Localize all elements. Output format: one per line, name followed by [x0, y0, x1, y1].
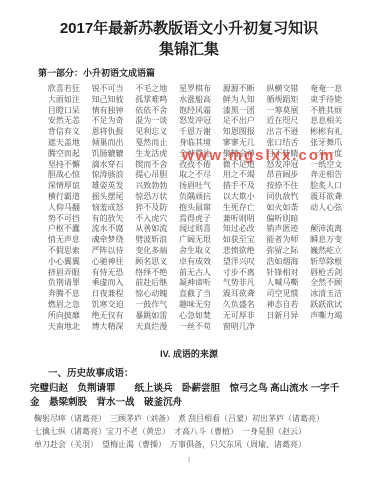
idiom-cell: 鲜为人知 [217, 95, 261, 106]
idiom-cell: 出言不逊 [261, 127, 305, 138]
idiom-cell [261, 322, 305, 333]
idiom-cell: 安然无恙 [42, 116, 86, 127]
idiom-cell: 震耳欲聋 [304, 192, 348, 203]
idiom-cell: 不毛之地 [129, 84, 173, 95]
idiom-cell: 劈波斩浪 [129, 235, 173, 246]
idiom-cell: 悄无声息 [42, 235, 86, 246]
idiom-cell: 心驰神往 [86, 257, 130, 268]
idiom-cell: 一丝不苟 [173, 322, 217, 333]
idiom-cell: 彬彬有礼 [304, 127, 348, 138]
idiom-cell: 震耳欲聋 [217, 289, 261, 300]
idiom-cell: 如获至宝 [217, 235, 261, 246]
idiom-cell: 用之不竭 [217, 170, 261, 181]
idiom-cell: 前无古人 [173, 268, 217, 279]
idiom-cell: 不足为奇 [86, 116, 130, 127]
idiom-cell: 戛然而止 [129, 138, 173, 149]
idiom-cell: 惊心动魄 [129, 289, 173, 300]
idiom-cell: 望洋兴叹 [217, 257, 261, 268]
idiom-cell: 兼听则明 [217, 214, 261, 225]
idiom-cell: 锐不可当 [86, 84, 130, 95]
idiom-cell: 暴跳如雷 [129, 311, 173, 322]
idiom-cell: 混为一谈 [129, 116, 173, 127]
idiom-cell: 兴致勃勃 [129, 181, 173, 192]
idiom-cell: 奄奄一息 [304, 84, 348, 95]
idiom-cell: 孤掌难鸣 [129, 95, 173, 106]
idiom-cell: 星罗棋布 [173, 84, 217, 95]
story-line: 鞠躬尽瘁（诸葛亮） 三顾茅庐（刘备） 煮 刮目相看（吕蒙）初出茅庐（诸葛亮） [34, 412, 350, 425]
idiom-cell: 饥寒交迫 [86, 300, 130, 311]
idiom-cell: 偏听则暗 [261, 214, 305, 225]
idiom-cell: 滴水穿石 [86, 160, 130, 171]
idiom-cell: 锲而不舍 [129, 160, 173, 171]
idiom-cell: 声嘶力竭 [304, 311, 348, 322]
idiom-cell: 绝无仅有 [86, 311, 130, 322]
idiom-cell: 如火如荼 [261, 203, 305, 214]
idiom-cell: 饱经风霜 [173, 106, 217, 117]
idiom-cell: 息息相关 [304, 116, 348, 127]
idiom-cell: 一鼓作气 [129, 300, 173, 311]
idiom-cell: 悲愤欲绝 [217, 246, 261, 257]
doc-title: 2017年最新苏教版语文小升初复习知识 集锦汇集 [0, 18, 378, 60]
idiom-cell: 凝神谛听 [173, 278, 217, 289]
idiom-cell [304, 214, 348, 225]
idiom-cell: 神态自若 [261, 300, 305, 311]
idiom-cell: 奔腾不息 [42, 289, 86, 300]
idiom-cell: 恼羞成怒 [86, 203, 130, 214]
idiom-cell: 漆黑一团 [217, 106, 261, 117]
idiom-cell: 弥留之际 [261, 246, 305, 257]
idiom-cell: 恩将仇报 [86, 127, 130, 138]
bold-idiom-line: 完璧归赵 负荆请罪 纸上谈兵 卧薪尝胆 惊弓之鸟 高山流水 一字千 [30, 382, 350, 396]
idiom-cell: 知过必改 [217, 224, 261, 235]
idiom-cell: 束手待毙 [304, 95, 348, 106]
idiom-cell: 小心翼翼 [42, 257, 86, 268]
idiom-cell: 腾空而起 [42, 149, 86, 160]
idiom-cell: 变化多端 [129, 246, 173, 257]
idiom-cell: 流水不腐 [86, 224, 130, 235]
idiom-cell: 饥肠辘辘 [86, 149, 130, 160]
idiom-cell: 天南地北 [42, 322, 86, 333]
idiom-cell: 从善如流 [129, 224, 173, 235]
origin-section-heading: IV. 成语的来源 [0, 347, 378, 360]
origin-section-subheading: 一、历史故事成语： [48, 365, 134, 379]
idiom-cell: 跃跃欲试 [304, 300, 348, 311]
story-line: 七擒七纵（诸葛亮）宝刀不老（黄忠） 才高八斗（曹植） 一身是胆（赵云） [34, 425, 350, 438]
idiom-cell: 抱头鼠窜 [173, 203, 217, 214]
page-number: 1 [0, 456, 378, 464]
idiom-cell: 广阔无垠 [173, 235, 217, 246]
idiom-cell: 一筹莫展 [261, 106, 305, 117]
idiom-cell: 胆战心惊 [42, 170, 86, 181]
idiom-cell: 依依不舍 [129, 106, 173, 117]
doc-title-line2: 集锦汇集 [0, 39, 378, 60]
idiom-cell: 气势非凡 [217, 278, 261, 289]
doc-title-line1: 2017年最新苏教版语文小升初复习知识 [0, 18, 378, 39]
idiom-cell: 大雨如注 [42, 95, 86, 106]
idiom-cell: 背信弃义 [42, 127, 86, 138]
idiom-cell: 燃眉之急 [42, 300, 86, 311]
idiom-cell: 昂首阔步 [261, 170, 305, 181]
idiom-cell: 扬眉吐气 [173, 181, 217, 192]
idiom-cell: 负荆请罪 [42, 278, 86, 289]
idiom-cell: 博大精深 [86, 322, 130, 333]
idiom-cell: 措手不及 [217, 181, 261, 192]
idiom-cell: 倾巢而出 [86, 138, 130, 149]
story-line: 单刀赴会（关羽） 望梅止渴（曹操） 万事俱备，只欠东风（周瑜、诸葛亮） [34, 438, 350, 451]
idiom-cell: 人仰马翻 [42, 203, 86, 214]
idiom-cell: 日夜兼程 [86, 289, 130, 300]
idiom-cell: 脍炙人口 [304, 181, 348, 192]
idiom-cell: 瞬息万变 [304, 235, 348, 246]
origin-story-lines: 鞠躬尽瘁（诸葛亮） 三顾茅庐（刘备） 煮 刮目相看（吕蒙）初出茅庐（诸葛亮）七擒… [34, 412, 350, 451]
origin-bold-idiom-lines: 完璧归赵 负荆请罪 纸上谈兵 卧薪尝胆 惊弓之鸟 高山流水 一字千金 悬梁刺股 … [30, 382, 350, 410]
idiom-cell: 全然不顾 [304, 278, 348, 289]
idiom-cell: 惊恐万状 [129, 192, 173, 203]
idiom-cell: 动人心弦 [304, 203, 348, 214]
idiom-cell: 人喊马嘶 [261, 278, 305, 289]
idiom-cell: 生死存亡 [217, 203, 261, 214]
idiom-cell: 趣味无穷 [173, 300, 217, 311]
idiom-cell: 顾名思义 [129, 257, 173, 268]
idiom-cell: 取之不尽 [173, 170, 217, 181]
idiom-cell: 无可厚非 [217, 311, 261, 322]
idiom-cell: 久负盛名 [217, 300, 261, 311]
idiom-cell: 有的放矢 [86, 214, 130, 225]
idiom-cell: 不入虎穴 [129, 214, 173, 225]
idiom-cell: 负隅顽抗 [173, 192, 217, 203]
idiom-cell: 深情厚谊 [42, 181, 86, 192]
idiom-cell: 猝不及防 [129, 203, 173, 214]
idiom-cell [304, 322, 348, 333]
idiom-cell: 坚持不懈 [42, 160, 86, 171]
idiom-cell: 欣喜若狂 [42, 84, 86, 95]
idiom-cell: 严阵以待 [86, 246, 130, 257]
idiom-cell: 舍生取义 [173, 246, 217, 257]
idiom-cell: 纵横交错 [261, 84, 305, 95]
idiom-cell: 怒发冲冠 [173, 116, 217, 127]
idiom-cell: 能者为师 [261, 235, 305, 246]
idiom-cell: 惊涛骇浪 [86, 170, 130, 181]
idiom-cell: 卓有成效 [173, 257, 217, 268]
idiom-cell: 知己知彼 [86, 95, 130, 106]
idiom-cell: 颠沛流离 [304, 224, 348, 235]
idiom-cell: 势不可挡 [42, 214, 86, 225]
idiom-cell: 窗明几净 [217, 322, 261, 333]
idiom-cell: 冰清玉洁 [304, 289, 348, 300]
idiom-cell: 焉得虎子 [173, 214, 217, 225]
idiom-cell: 知恩图报 [217, 127, 261, 138]
idiom-cell: 天真烂漫 [129, 322, 173, 333]
idiom-cell: 雄姿英发 [86, 181, 130, 192]
document-page: 2017年最新苏教版语文小升初复习知识 集锦汇集 第一部分：小升初语文成语篇 欣… [0, 0, 378, 500]
idiom-cell: 户枢不蠹 [42, 224, 86, 235]
idiom-cell: 日新月异 [261, 311, 305, 322]
idiom-cell: 寸步不离 [217, 268, 261, 279]
idiom-cell: 针锋相对 [261, 268, 305, 279]
idiom-cell: 以大欺小 [217, 192, 261, 203]
idiom-cell: 近在咫尺 [261, 116, 305, 127]
idiom-cell: 销声匿迹 [261, 224, 305, 235]
idiom-cell: 闻过则喜 [173, 224, 217, 235]
bold-idiom-line: 金 悬梁刺股 背水一战 破釜沉舟 [30, 396, 350, 410]
idiom-cell: 千恩万谢 [173, 127, 217, 138]
idiom-cell: 水涨船高 [173, 95, 217, 106]
idiom-cell: 足不出户 [217, 116, 261, 127]
idiom-cell: 络绎不绝 [129, 268, 173, 279]
watermark-text: www.mgslxx.com [182, 147, 335, 164]
idiom-cell: 所向披靡 [42, 311, 86, 322]
idiom-cell: 司空见惯 [261, 289, 305, 300]
idiom-cell: 不假思索 [42, 246, 86, 257]
idiom-cell: 不胜其烦 [304, 106, 348, 117]
idiom-cell: 横行霸道 [42, 192, 86, 203]
idiom-grid: 欣喜若狂锐不可当不毛之地星罗棋布源源不断纵横交错奄奄一息大雨如注知己知彼孤掌难鸣… [42, 84, 348, 332]
idiom-cell: 直截了当 [173, 289, 217, 300]
idiom-cell: 循规蹈矩 [261, 95, 305, 106]
idiom-cell: 魂牵梦绕 [86, 235, 130, 246]
idiom-cell: 情有独钟 [86, 106, 130, 117]
idiom-cell: 同仇敌忾 [261, 192, 305, 203]
idiom-cell: 斩草除根 [304, 257, 348, 268]
idiom-cell: 提心吊胆 [129, 170, 173, 181]
idiom-cell: 奔走相告 [304, 170, 348, 181]
idiom-cell: 浩如烟海 [261, 257, 305, 268]
idiom-cell: 遮天盖地 [42, 138, 86, 149]
idiom-cell: 见利忘义 [129, 127, 173, 138]
idiom-cell: 乘虚而入 [86, 278, 130, 289]
part-heading: 第一部分：小升初语文成语篇 [38, 66, 155, 79]
idiom-cell: 源源不断 [217, 84, 261, 95]
idiom-cell: 按捺不住 [261, 181, 305, 192]
idiom-cell: 有恃无恐 [86, 268, 130, 279]
idiom-cell: 摇头摆尾 [86, 192, 130, 203]
idiom-cell: 前赴后继 [129, 278, 173, 289]
idiom-cell: 巍然屹立 [304, 246, 348, 257]
idiom-cell: 心急如焚 [173, 311, 217, 322]
idiom-cell: 挤眉弄眼 [42, 268, 86, 279]
idiom-cell: 唇枪舌剑 [304, 268, 348, 279]
idiom-cell: 生龙活虎 [129, 149, 173, 160]
idiom-cell: 目瞪口呆 [42, 106, 86, 117]
